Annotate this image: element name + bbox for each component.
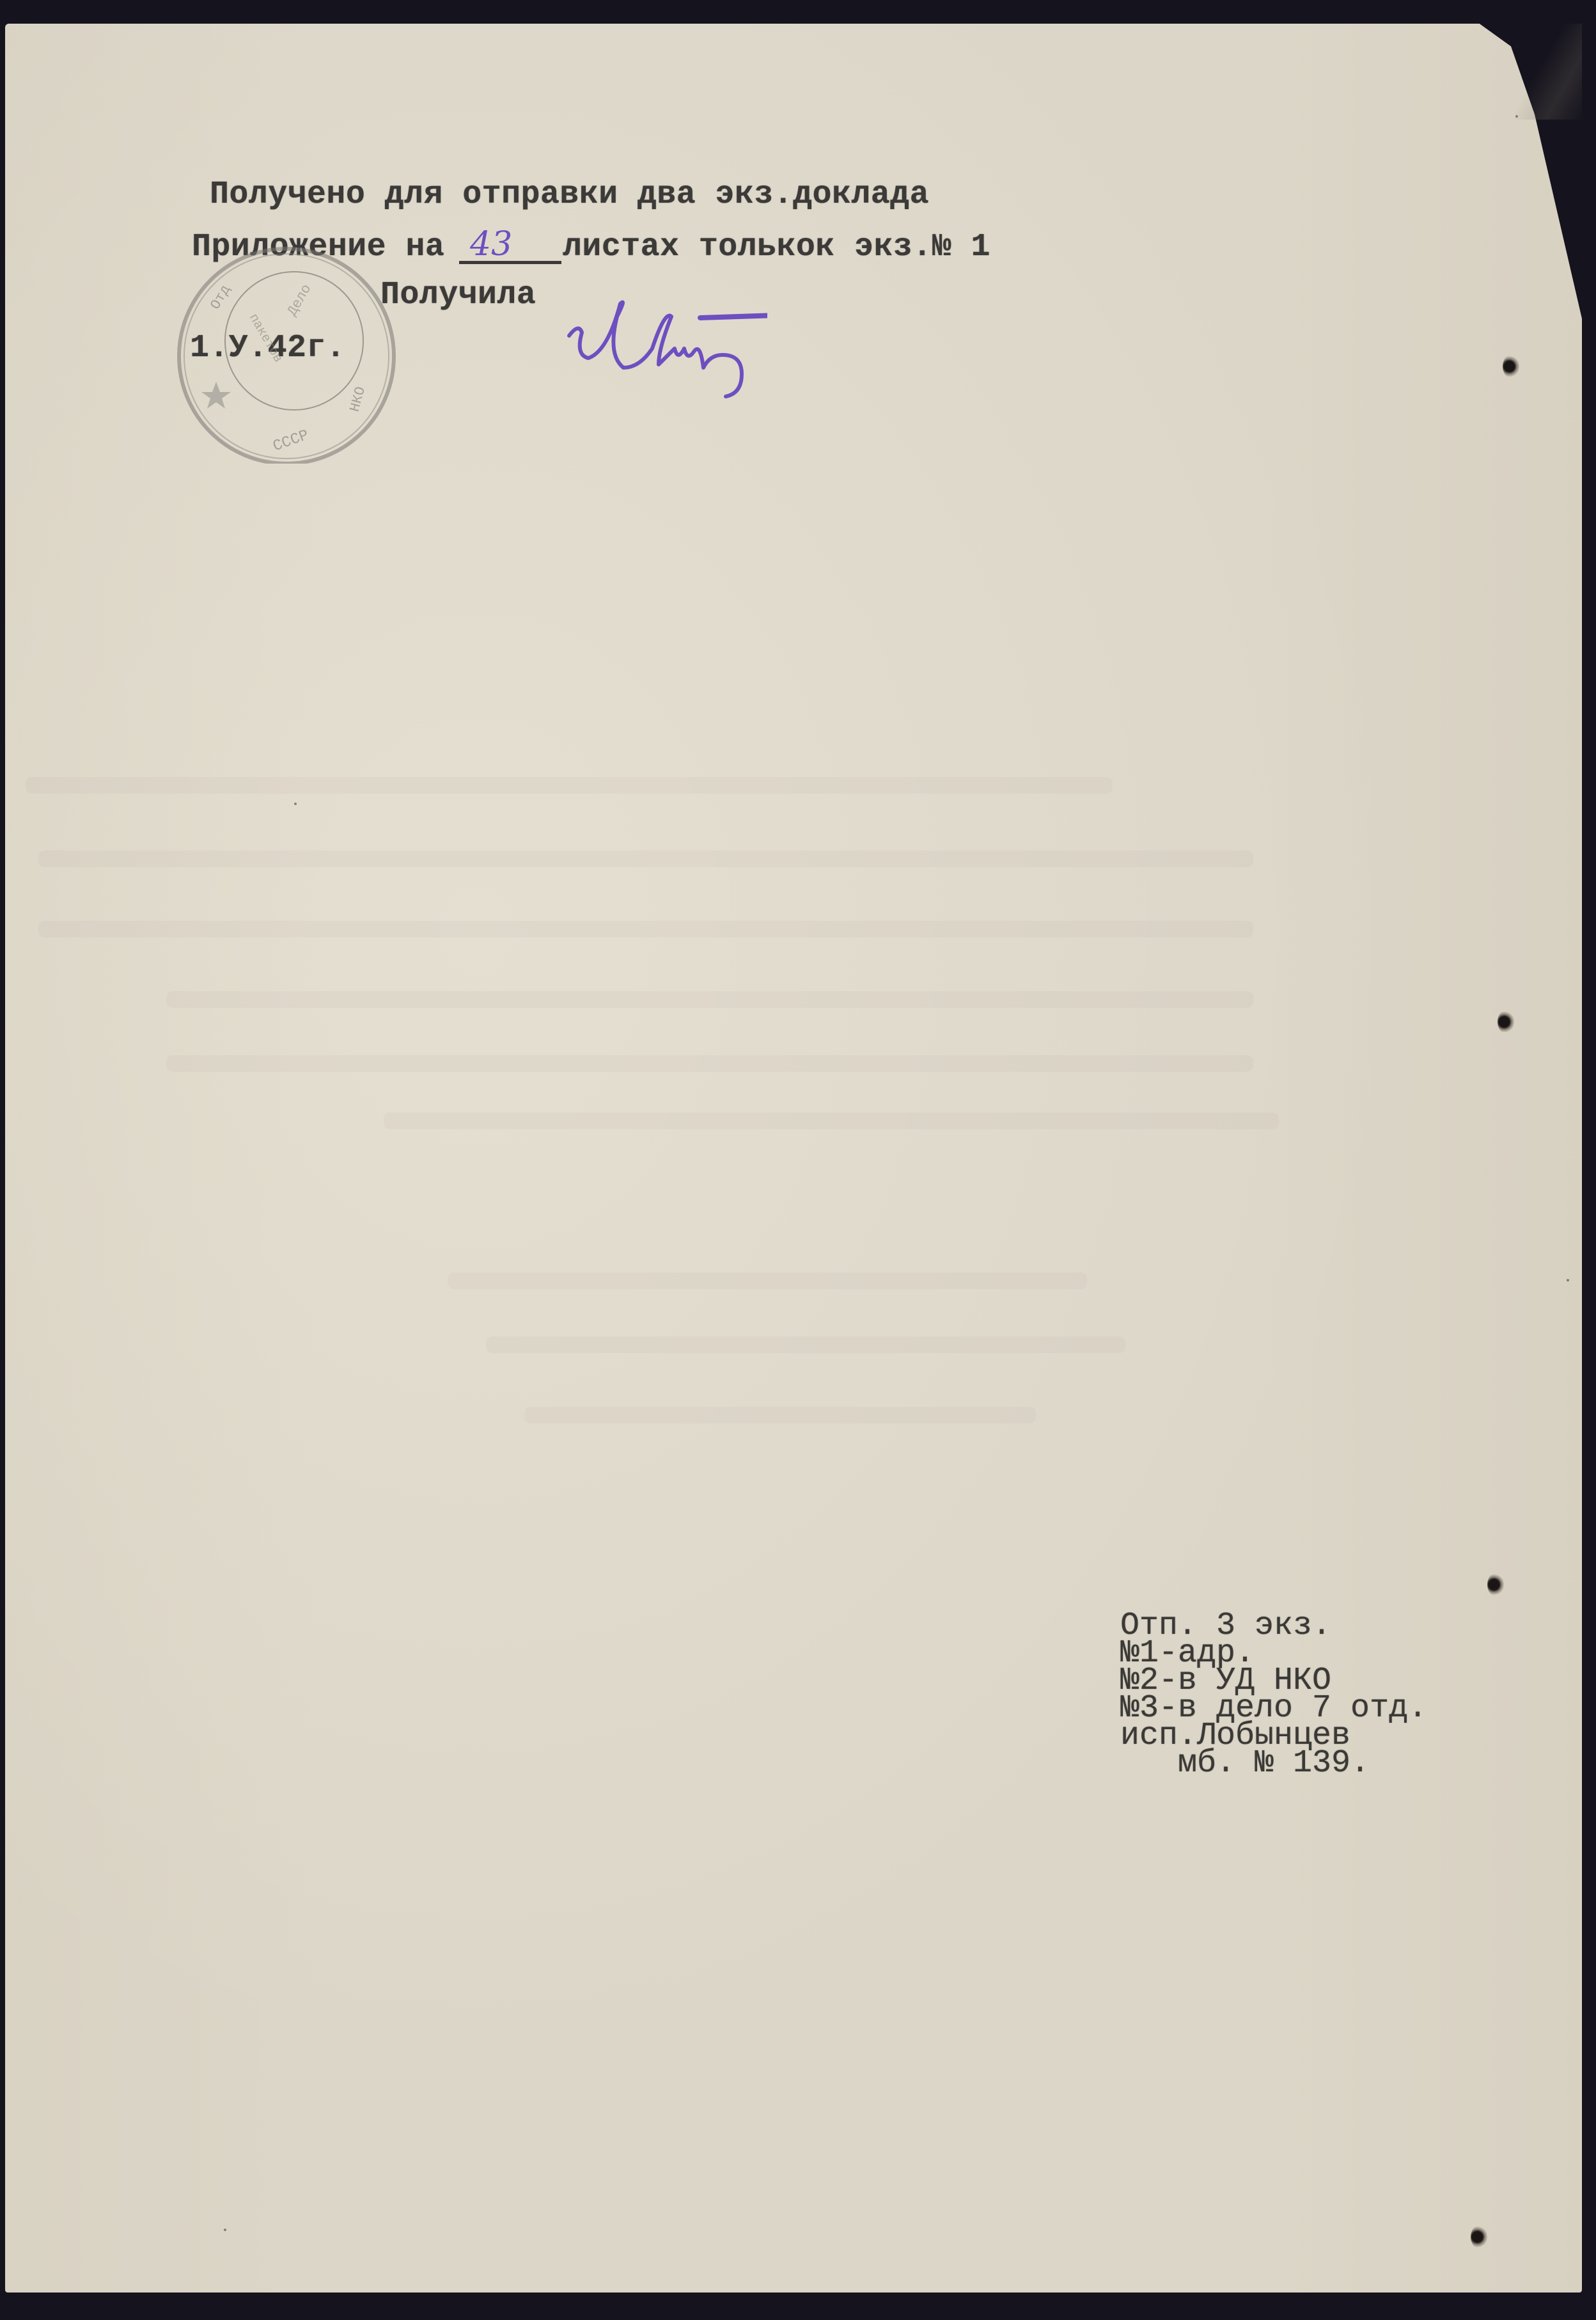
bleed-through bbox=[166, 991, 1253, 1008]
punch-hole bbox=[1487, 1573, 1504, 1596]
signature-scribble-icon bbox=[563, 291, 767, 400]
office-stamp: Отд СССР НКО Дело пакетов bbox=[173, 246, 403, 464]
bleed-through bbox=[38, 921, 1253, 937]
bleed-through bbox=[26, 777, 1113, 794]
bleed-through bbox=[38, 850, 1253, 867]
svg-text:Дело: Дело bbox=[284, 281, 315, 318]
received-by-label: Получила bbox=[380, 279, 536, 311]
distribution-line-typist: мб. № 139. bbox=[1120, 1748, 1370, 1780]
attachment-line-suffix: листах толькок экз.№ 1 bbox=[563, 231, 990, 263]
received-for-dispatch-line: Получено для отправки два экз.доклада bbox=[210, 179, 929, 211]
svg-text:пакетов: пакетов bbox=[246, 311, 285, 365]
sheet-count-handwritten: 43 bbox=[470, 225, 512, 263]
bleed-through bbox=[448, 1273, 1087, 1289]
svg-text:СССР: СССР bbox=[271, 427, 311, 455]
paper-speck bbox=[1515, 115, 1518, 118]
stamp-icon: Отд СССР НКО Дело пакетов bbox=[173, 246, 403, 464]
punch-hole bbox=[1471, 2225, 1487, 2248]
punch-hole bbox=[1498, 1010, 1514, 1033]
paper-speck bbox=[1567, 1279, 1569, 1281]
punch-hole bbox=[1503, 355, 1519, 378]
signature bbox=[563, 291, 767, 400]
bleed-through bbox=[486, 1336, 1125, 1353]
star-icon bbox=[201, 382, 231, 409]
bleed-through bbox=[524, 1407, 1036, 1423]
paper-speck bbox=[294, 803, 297, 805]
paper-speck bbox=[224, 2229, 226, 2231]
bleed-through bbox=[384, 1113, 1279, 1129]
bleed-through bbox=[166, 1055, 1253, 1072]
svg-text:НКО: НКО bbox=[347, 385, 369, 414]
